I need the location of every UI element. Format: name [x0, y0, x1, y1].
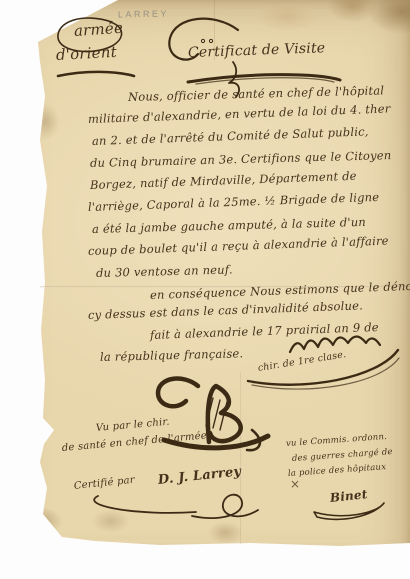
document-photo: LARREY armée d'orient Certificat de Visi…	[0, 0, 410, 579]
army-corps-line1: armée	[73, 21, 123, 39]
cross-mark: ×	[290, 478, 300, 490]
pencil-collector-mark: LARREY	[118, 9, 169, 20]
army-corps-line2: d'orient	[56, 45, 118, 63]
binet-signature: Binet	[329, 488, 368, 504]
vertical-fold-crease	[240, 372, 242, 544]
